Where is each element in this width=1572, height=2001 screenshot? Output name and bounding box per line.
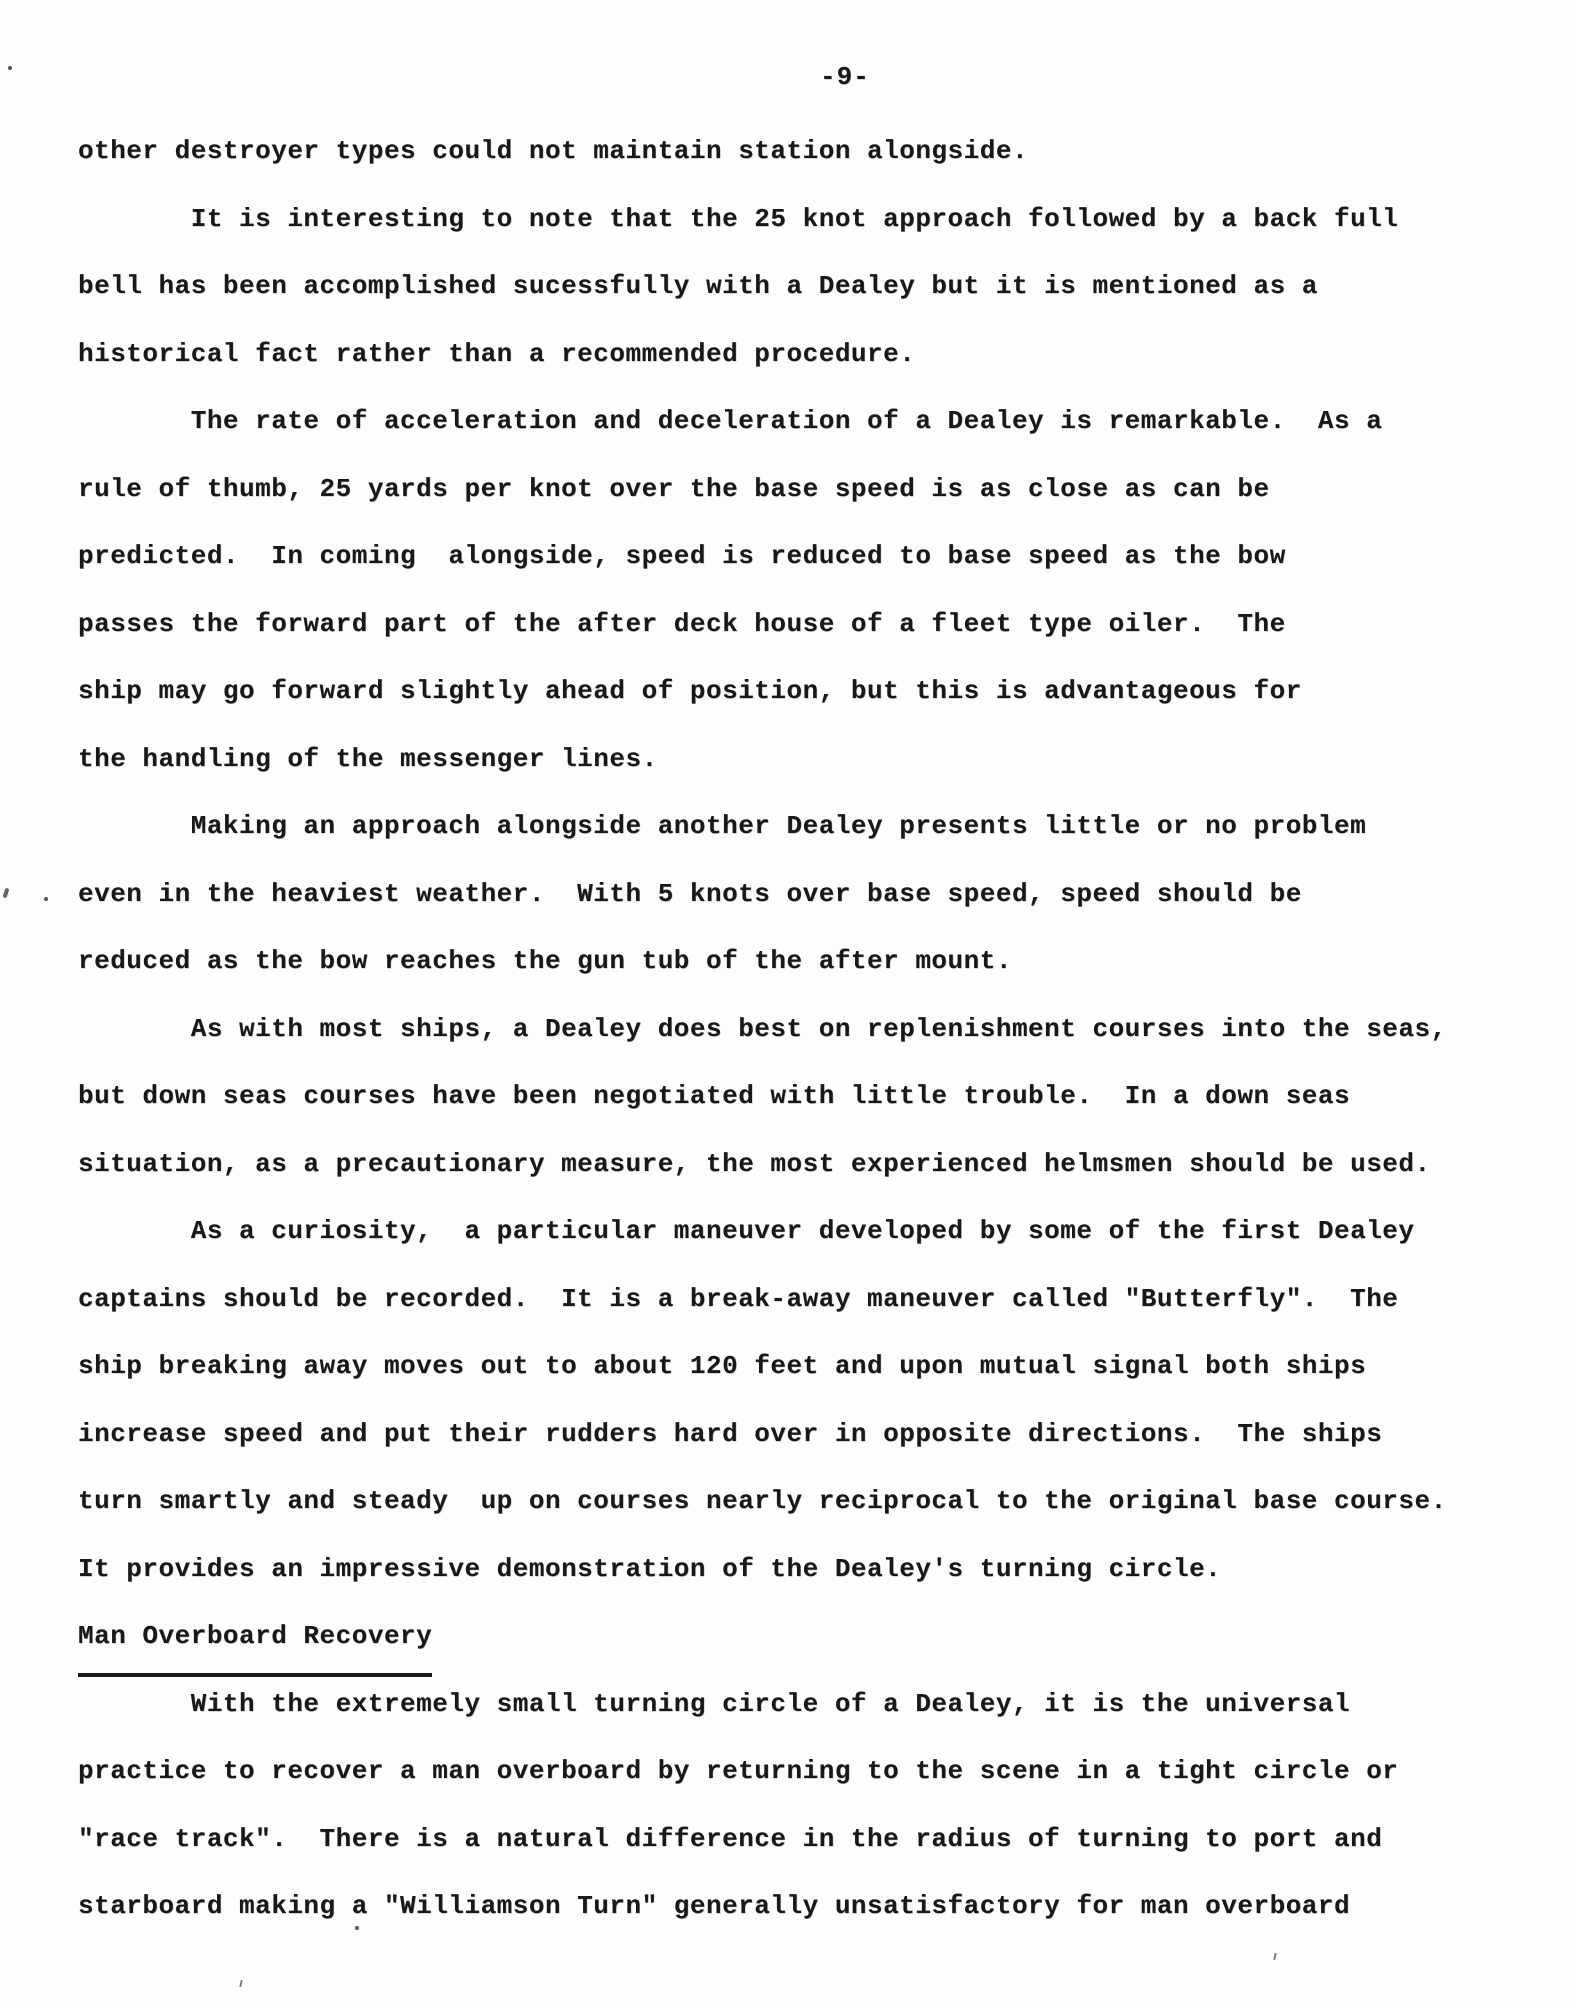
text-line: passes the forward part of the after dec… bbox=[78, 591, 1562, 659]
text-line: ship may go forward slightly ahead of po… bbox=[78, 658, 1562, 726]
text-line: but down seas courses have been negotiat… bbox=[78, 1063, 1562, 1131]
text-line: historical fact rather than a recommende… bbox=[78, 321, 1562, 389]
text-line: turn smartly and steady up on courses ne… bbox=[78, 1468, 1562, 1536]
text-line: "race track". There is a natural differe… bbox=[78, 1806, 1562, 1874]
text-line: even in the heaviest weather. With 5 kno… bbox=[78, 861, 1562, 929]
text-line: starboard making a "Williamson Turn" gen… bbox=[78, 1873, 1562, 1941]
scan-artifact bbox=[3, 888, 10, 899]
text-line: practice to recover a man overboard by r… bbox=[78, 1738, 1562, 1806]
scan-artifact bbox=[355, 1926, 359, 1930]
text-line: bell has been accomplished sucessfully w… bbox=[78, 253, 1562, 321]
text-line: rule of thumb, 25 yards per knot over th… bbox=[78, 456, 1562, 524]
text-line: As with most ships, a Dealey does best o… bbox=[78, 996, 1562, 1064]
scan-artifact bbox=[44, 897, 48, 901]
scan-artifact bbox=[239, 1980, 242, 1987]
text-line: reduced as the bow reaches the gun tub o… bbox=[78, 928, 1562, 996]
scan-artifact bbox=[8, 66, 12, 70]
text-line: situation, as a precautionary measure, t… bbox=[78, 1131, 1562, 1199]
text-line: It is interesting to note that the 25 kn… bbox=[78, 186, 1562, 254]
scan-artifact bbox=[1273, 1953, 1276, 1960]
text-line: other destroyer types could not maintain… bbox=[78, 118, 1562, 186]
text-line: increase speed and put their rudders har… bbox=[78, 1401, 1562, 1469]
text-line: predicted. In coming alongside, speed is… bbox=[78, 523, 1562, 591]
text-line: the handling of the messenger lines. bbox=[78, 726, 1562, 794]
section-heading: Man Overboard Recovery bbox=[78, 1603, 1562, 1671]
text-line: captains should be recorded. It is a bre… bbox=[78, 1266, 1562, 1334]
page-number: -9- bbox=[820, 62, 870, 92]
text-line: It provides an impressive demonstration … bbox=[78, 1536, 1562, 1604]
document-page: -9- other destroyer types could not main… bbox=[0, 0, 1572, 2001]
text-line: ship breaking away moves out to about 12… bbox=[78, 1333, 1562, 1401]
text-line: The rate of acceleration and deceleratio… bbox=[78, 388, 1562, 456]
section-heading-text: Man Overboard Recovery bbox=[78, 1603, 432, 1677]
text-line: With the extremely small turning circle … bbox=[78, 1671, 1562, 1739]
text-line: Making an approach alongside another Dea… bbox=[78, 793, 1562, 861]
document-body: other destroyer types could not maintain… bbox=[78, 118, 1562, 1941]
text-line: As a curiosity, a particular maneuver de… bbox=[78, 1198, 1562, 1266]
